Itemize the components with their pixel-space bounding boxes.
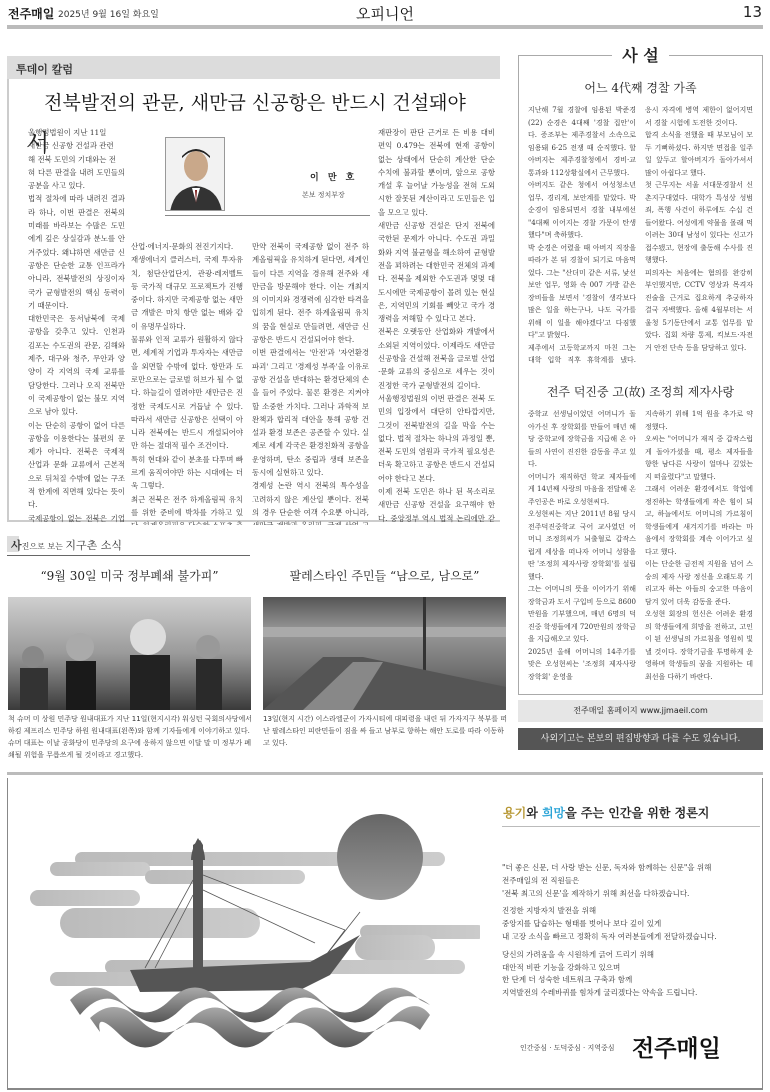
author-rule [165,215,370,216]
column-headline: 전북발전의 관문, 새만금 신공항은 반드시 건설돼야 [20,88,490,115]
slogan-rule [502,826,760,827]
ad-tagline: 인간중심 · 도덕중심 · 지역중심 [520,1043,615,1053]
author-photo [165,137,225,211]
ad-body: "더 좋은 신문, 더 사랑 받는 신문, 독자와 함께하는 신문"을 위해 전… [502,862,717,1005]
editorial-2-col-2: 지속하기 위해 1억 원을 추가로 약정했다. 오씨는 "어머니가 재직 중 갑… [645,408,753,688]
page-number: 13 [743,3,762,21]
author-role: 본보 정치부장 [302,190,345,200]
section-title: 오피니언 [0,3,770,24]
photo-2-caption: 13일(현지 시간) 이스라엘군이 가자시티에 대피령을 내린 뒤 가자지구 북… [263,713,508,749]
header-rule [7,25,763,29]
photo-1-image [8,597,251,710]
editorial-title-2: 전주 덕진중 고(故) 조정희 제자사랑 [518,383,763,400]
editorial-2-col-1: 중학교 선생님이었던 어머니가 돌아가신 후 장학회를 만들어 매년 해당 중학… [528,408,636,688]
column-text-2: 산업·에너지·문화의 전진기지다. 재생에너지 클러스터, 국제 투자유치, 첨… [131,240,243,525]
photo-2-title: 팔레스타인 주민들 “남으로, 남으로” [263,567,506,584]
editorial-1-col-2: 응시 자격에 병역 제한이 없어지면서 경찰 시험에 도전한 것이다. 합격 소… [645,104,753,366]
photo-1-title: “9월 30일 미국 정부폐쇄 불가피” [8,567,251,584]
editorial-title-1: 어느 4代째 경찰 가족 [518,79,763,96]
photo-1-caption: 척 슈머 미 상원 민주당 원내대표가 지난 11일(현지시각) 워싱턴 국회의… [8,713,253,761]
homepage-banner[interactable]: 전주매일 홈페이지 www.jjmaeil.com [518,700,763,722]
editorial-1-col-1: 지난해 7월 경찰에 임용된 박준경(22) 순경은 4대째 '경찰 집안'이다… [528,104,636,366]
ad-logo: 전주매일 [632,1030,721,1063]
ad-illustration [20,800,480,1064]
column-text-1: 울행정법원이 지난 11일 새만금 신공항 건설과 관련 해 전북 도민의 기대… [28,126,125,526]
contribution-notice: 사외기고는 본보의 편집방향과 다를 수도 있습니다. [518,728,763,750]
kicker-label: 투데이 칼럼 [16,61,73,77]
ad-slogan: 용기와 희망을 주는 인간을 위한 정론지 [503,804,709,821]
photo-2-image [263,597,506,710]
column-text-4: 재판장이 판단 근거로 든 비용 대비 편익 0.479는 전북에 현재 공항이… [378,126,495,526]
photo-section-header: 사진으로 보는 지구촌 소식 [7,534,250,556]
page-header: 전주매일 2025년 9월 16일 화요일 오피니언 13 [0,0,770,24]
editorial-header: 사 설 [518,43,763,66]
author-name: 이 만 호 [310,170,357,183]
section-separator [7,772,763,775]
column-text-3: 만약 전북이 국제공항 없이 전주 하계올림픽을 유치하게 된다면, 세계인들이… [252,240,369,525]
column-kicker: 투데이 칼럼 [7,56,500,79]
